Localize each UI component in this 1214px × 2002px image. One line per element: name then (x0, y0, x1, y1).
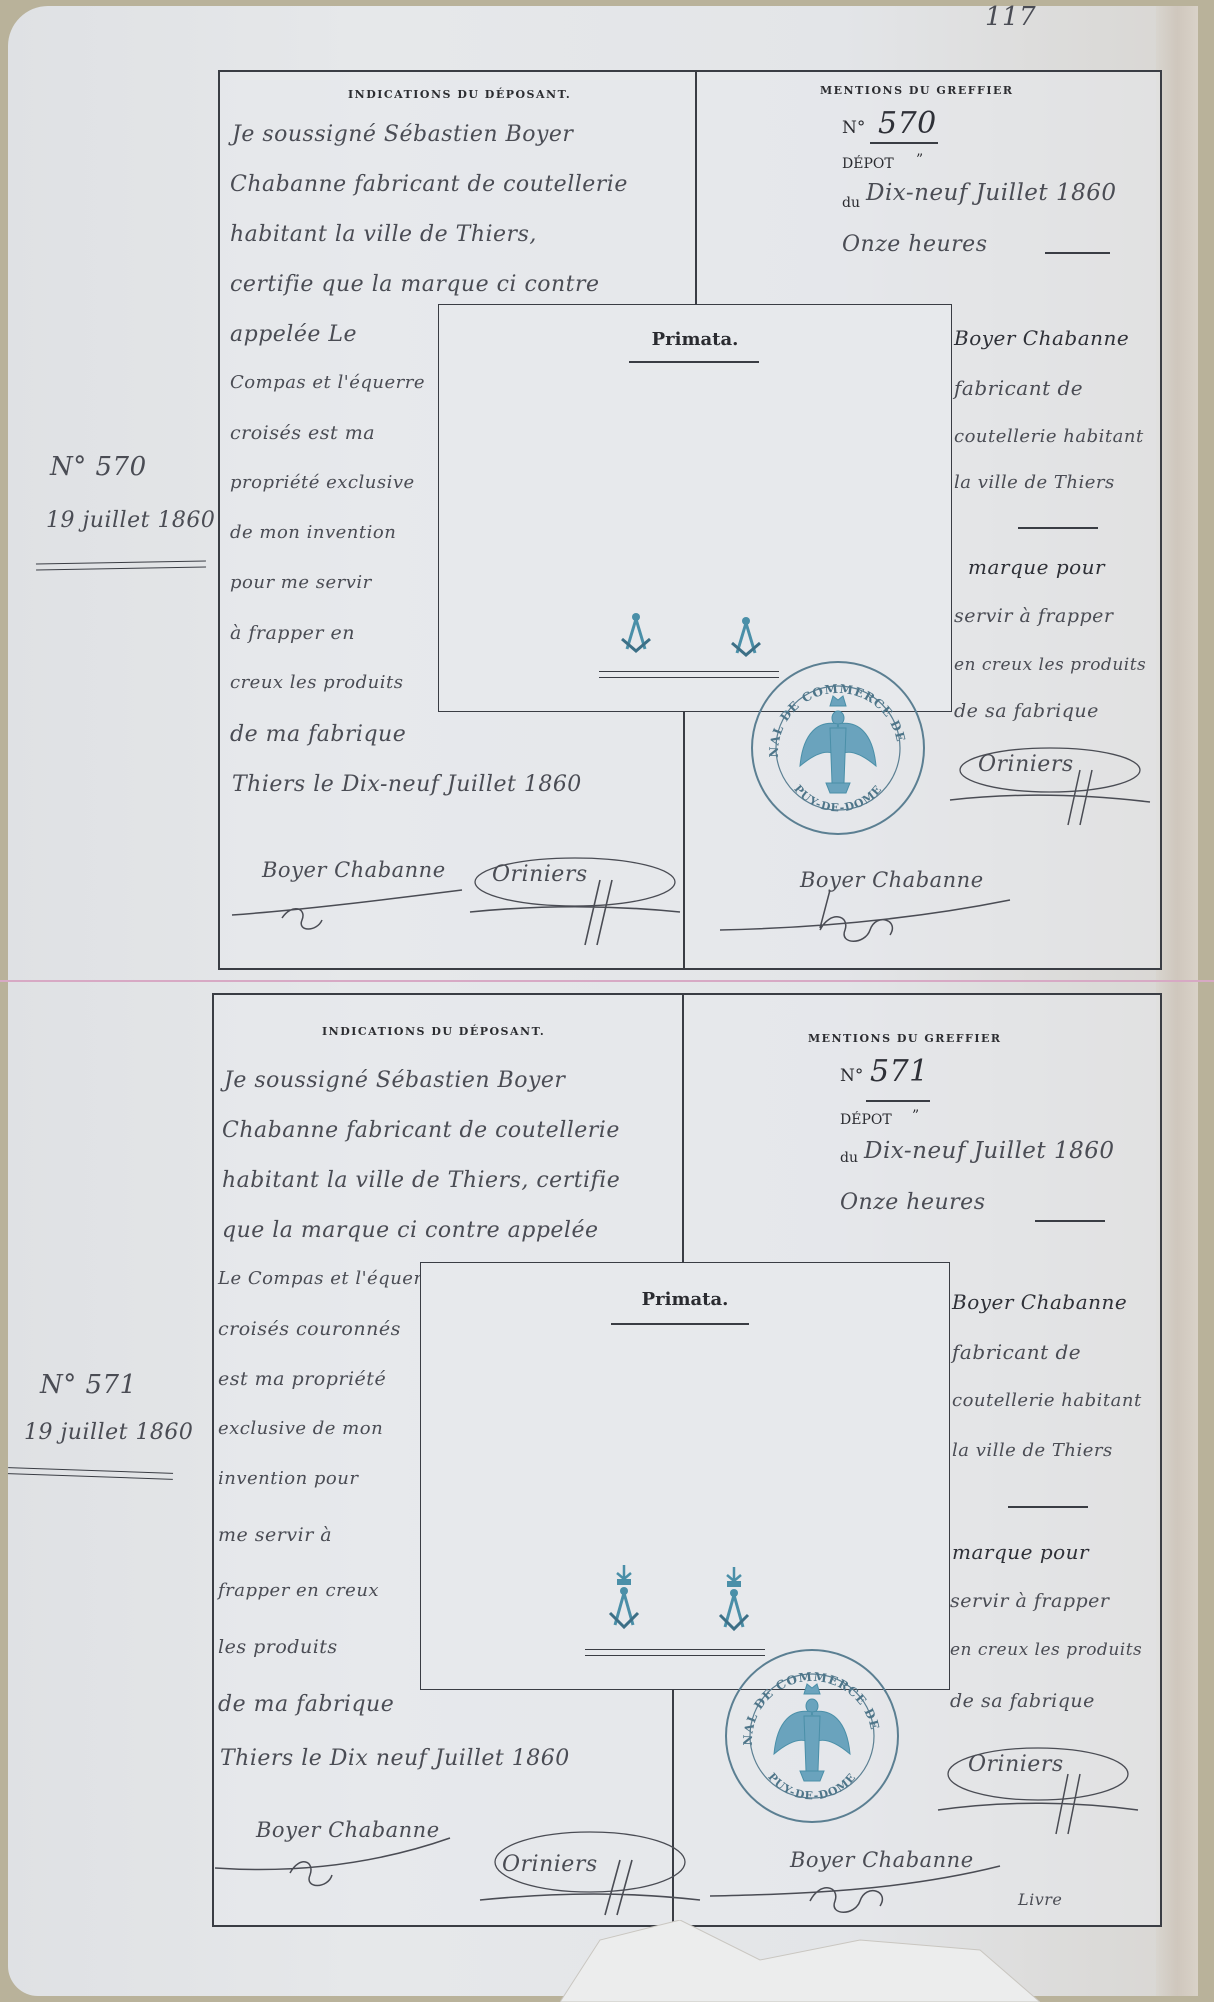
text-line: exclusive de mon (218, 1418, 383, 1439)
number-value: 571 (870, 1054, 929, 1089)
du-label: du (842, 195, 860, 211)
margin-date: 19 juillet 1860 (24, 1420, 193, 1445)
clerk-line: Boyer Chabanne (954, 326, 1129, 350)
closing-word: Livre (1018, 1890, 1062, 1909)
primata-title-underline (611, 1323, 749, 1325)
clerk-line: Boyer Chabanne (952, 1290, 1127, 1314)
du-label: du (840, 1150, 858, 1166)
text-line: de ma fabrique (230, 722, 406, 747)
margin-number: N° 571 (40, 1370, 137, 1400)
clerk-line: fabricant de (952, 1340, 1081, 1364)
depositor-column-header: INDICATIONS DU DÉPOSANT. (322, 1025, 545, 1038)
depot-hour: Onze heures (842, 232, 988, 257)
clerk-line: de sa fabrique (950, 1690, 1095, 1712)
text-line: pour me servir (230, 572, 372, 593)
compass-square-mark-icon (729, 609, 763, 665)
clerk-column-header: MENTIONS DU GREFFIER (820, 84, 1014, 97)
text-line: croisés est ma (230, 422, 375, 444)
depot-date: Dix-neuf Juillet 1860 (864, 1138, 1115, 1164)
page-number: 117 (985, 2, 1036, 32)
hour-rule (1035, 1220, 1105, 1222)
text-line: est ma propriété (218, 1368, 386, 1390)
clerk-line: marque pour (952, 1540, 1089, 1564)
text-line: Le Compas et l'équerre (218, 1268, 443, 1289)
clerk-line: en creux les produits (950, 1640, 1142, 1660)
clerk-signature-flourish (470, 1810, 710, 1920)
tribunal-stamp-icon: TRIBUNAL DE COMMERCE DE THIERS (PUY-DE-D… (748, 658, 928, 838)
signature-flourish (210, 1828, 470, 1908)
number-label: N° (840, 1066, 863, 1086)
text-line: habitant la ville de Thiers, certifie (222, 1168, 620, 1193)
tribunal-stamp-icon: TRIBUNAL DE COMMERCE DE THIERS (PUY-DE-D… (722, 1646, 902, 1826)
margin-number: N° 570 (50, 452, 147, 482)
clerk-line: fabricant de (954, 376, 1083, 400)
text-line: invention pour (218, 1468, 358, 1489)
clerk-signature-right-flourish (928, 1740, 1148, 1840)
depot-label: DÉPOT (842, 156, 894, 172)
clerk-line: marque pour (968, 555, 1105, 579)
clerk-line: de sa fabrique (954, 700, 1099, 722)
primata-title: Primata. (439, 329, 951, 350)
text-line: à frapper en (230, 622, 355, 644)
primata-box: Primata. (438, 304, 952, 712)
text-line: Chabanne fabricant de coutellerie (230, 172, 628, 197)
text-line: propriété exclusive (230, 472, 415, 493)
primata-title: Primata. (421, 1289, 949, 1310)
depot-date: Dix-neuf Juillet 1860 (866, 180, 1117, 206)
text-line: de mon invention (230, 522, 396, 543)
number-label: N° (842, 118, 865, 138)
text-line: Thiers le Dix neuf Juillet 1860 (220, 1746, 570, 1771)
torn-paper-fragment (560, 1920, 1040, 2002)
hour-rule (1045, 252, 1110, 254)
depot-hour: Onze heures (840, 1190, 986, 1215)
clerk-line: coutellerie habitant (954, 426, 1144, 447)
clerk-line: la ville de Thiers (952, 1440, 1113, 1461)
clerk-line: en creux les produits (954, 655, 1146, 675)
ditto-mark: ” (912, 1108, 919, 1124)
text-line: Thiers le Dix-neuf Juillet 1860 (232, 772, 582, 797)
crowned-compass-square-mark-icon (607, 1563, 641, 1635)
text-line: creux les produits (230, 672, 403, 693)
crowned-compass-square-mark-icon (717, 1565, 751, 1637)
number-value: 570 (878, 106, 937, 141)
text-line: frapper en creux (218, 1580, 379, 1601)
text-line: les produits (218, 1636, 338, 1658)
clerk-line: servir à frapper (950, 1590, 1109, 1612)
text-line: habitant la ville de Thiers, (230, 222, 537, 247)
text-line: que la marque ci contre appelée (222, 1218, 599, 1243)
clerk-line: la ville de Thiers (954, 472, 1115, 493)
text-line: Chabanne fabricant de coutellerie (222, 1118, 620, 1143)
clerk-separator (1018, 527, 1098, 529)
clerk-signature-right-flourish (940, 740, 1160, 830)
text-line: Je soussigné Sébastien Boyer (232, 122, 573, 147)
depot-label: DÉPOT (840, 1112, 892, 1128)
text-line: Je soussigné Sébastien Boyer (224, 1068, 565, 1093)
text-line: croisés couronnés (218, 1318, 401, 1340)
text-line: certifie que la marque ci contre (230, 272, 600, 297)
depositor-signature-right-flourish (710, 880, 1030, 960)
primata-box: Primata. (420, 1262, 950, 1690)
compass-square-mark-icon (619, 605, 653, 661)
page-edge (1156, 6, 1198, 1996)
clerk-column-header: MENTIONS DU GREFFIER (808, 1032, 1002, 1045)
primata-title-underline (629, 361, 759, 363)
ditto-mark: ” (916, 152, 923, 168)
margin-date: 19 juillet 1860 (46, 508, 215, 533)
depositor-column-header: INDICATIONS DU DÉPOSANT. (348, 88, 571, 101)
text-line: me servir à (218, 1524, 332, 1546)
signature-flourish (222, 870, 482, 940)
column-divider-top (695, 70, 697, 305)
clerk-signature-flourish (450, 850, 690, 950)
number-underline (870, 142, 938, 144)
column-divider-top (682, 993, 684, 1263)
clerk-line: servir à frapper (954, 605, 1113, 627)
text-line: Compas et l'équerre (230, 372, 425, 393)
clerk-separator (1008, 1506, 1088, 1508)
text-line: appelée Le (230, 322, 357, 347)
pink-margin-rule (0, 980, 1214, 982)
text-line: de ma fabrique (218, 1692, 394, 1717)
clerk-line: coutellerie habitant (952, 1390, 1142, 1411)
number-underline (866, 1100, 930, 1102)
